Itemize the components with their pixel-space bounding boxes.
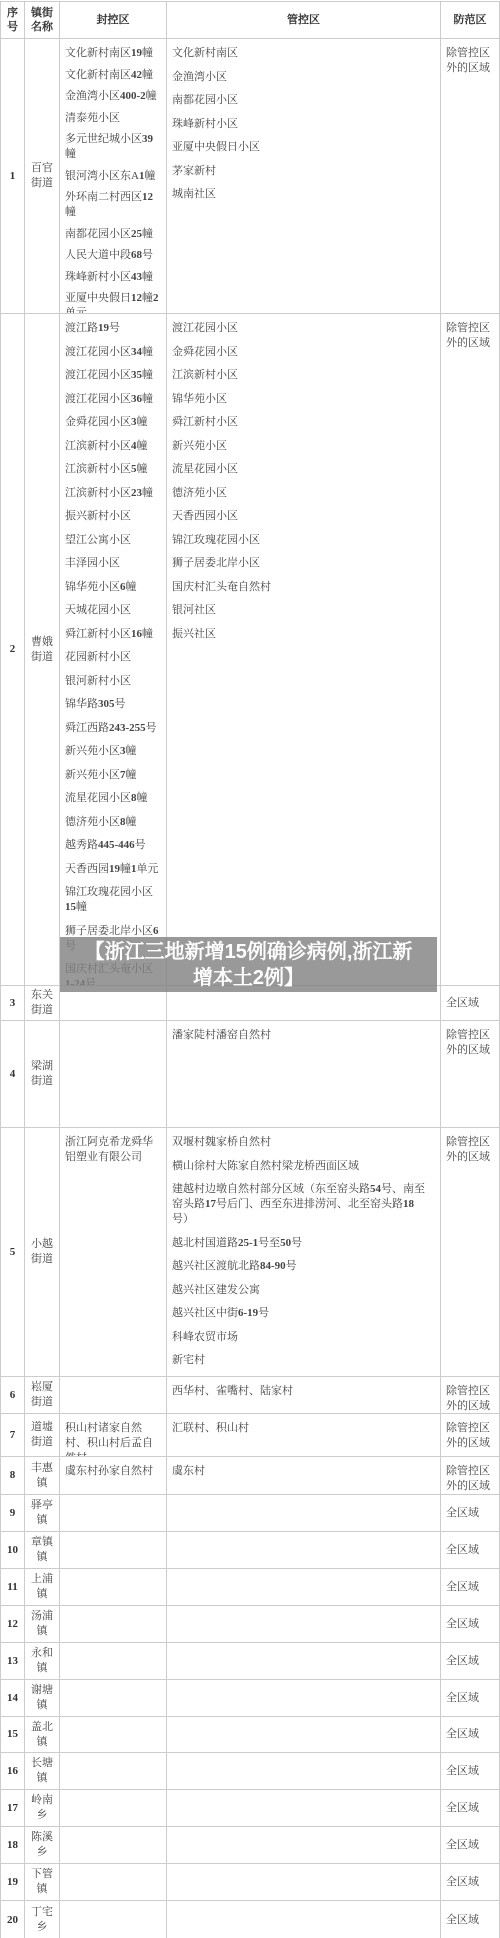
table-row-7: 7道墟街道积山村诸家自然村、积山村后孟自然村汇联村、积山村除管控区外的区域 [1, 1414, 499, 1457]
control-zone-cell [167, 1532, 441, 1568]
serial-number: 17 [1, 1790, 25, 1826]
prevention-zone-cell: 全区域 [441, 1717, 499, 1752]
zone-item: 南都花园小区25幢 [65, 227, 161, 242]
zone-item: 锦华路305号 [65, 697, 161, 712]
control-zone-cell: 渡江花园小区金舜花园小区江滨新村小区锦华苑小区舜江新村小区新兴苑小区流星花园小区… [167, 314, 441, 985]
serial-number: 8 [1, 1457, 25, 1494]
zone-item: 汇联村、积山村 [172, 1421, 435, 1436]
header-control-zone: 管控区 [167, 2, 441, 38]
zone-item: 锦江玫瑰花园小区 [172, 533, 435, 548]
prevention-zone-cell: 除管控区外的区域 [441, 1021, 499, 1127]
headline-line-1: 【浙江三地新增15例确诊病例,浙江新 [60, 939, 437, 965]
header-town-name: 镇街名称 [25, 2, 60, 38]
zone-item: 珠峰新村小区 [172, 117, 435, 132]
zone-item: 茅家新村 [172, 164, 435, 179]
zone-item: 国庆村汇头奄自然村 [172, 580, 435, 595]
serial-number: 2 [1, 314, 25, 985]
town-name: 汤浦镇 [25, 1606, 60, 1642]
zone-item: 振兴新村小区 [65, 509, 161, 524]
lockdown-zone-cell [60, 1680, 167, 1716]
control-zone-cell [167, 1901, 441, 1938]
zone-item: 文化新村南区 [172, 46, 435, 61]
zone-item: 银河新村小区 [65, 674, 161, 689]
table-row-18: 18陈溪乡全区域 [1, 1827, 499, 1864]
zone-item: 外环南二村西区12幢 [65, 190, 161, 220]
zone-item: 虞东村孙家自然村 [65, 1464, 161, 1479]
zone-item: 金舜花园小区3幢 [65, 415, 161, 430]
zone-item: 渡江花园小区 [172, 321, 435, 336]
zone-item: 德济苑小区8幢 [65, 815, 161, 830]
article-table-page: 序号 镇街名称 封控区 管控区 防范区 1百官街道文化新村南区19幢文化新村南区… [0, 0, 500, 1938]
zone-item: 江滨新村小区5幢 [65, 462, 161, 477]
zone-item: 天城花园小区 [65, 603, 161, 618]
prevention-zone-cell: 全区域 [441, 1532, 499, 1568]
serial-number: 4 [1, 1021, 25, 1127]
lockdown-zone-cell [60, 1753, 167, 1789]
zone-item: 珠峰新村小区43幢 [65, 270, 161, 285]
prevention-zone-cell: 全区域 [441, 1680, 499, 1716]
control-zone-cell [167, 1606, 441, 1642]
table-header-row: 序号 镇街名称 封控区 管控区 防范区 [1, 2, 499, 39]
serial-number: 15 [1, 1717, 25, 1752]
zone-item: 渡江花园小区34幢 [65, 345, 161, 360]
prevention-zone-cell: 除管控区外的区域 [441, 39, 499, 313]
zone-item: 振兴社区 [172, 627, 435, 642]
headline-line-2: 增本土2例】 [60, 965, 437, 991]
zone-item: 丰泽园小区 [65, 556, 161, 571]
control-zone-cell [167, 1569, 441, 1605]
zone-item: 金渔湾小区400-2幢 [65, 89, 161, 104]
headline-overlay: 【浙江三地新增15例确诊病例,浙江新 增本土2例】 [60, 937, 437, 992]
town-name: 上浦镇 [25, 1569, 60, 1605]
zone-item: 渡江花园小区36幢 [65, 392, 161, 407]
control-zone-cell [167, 1827, 441, 1863]
control-zone-cell [167, 1864, 441, 1900]
zone-item: 虞东村 [172, 1464, 435, 1479]
town-name: 驿亭镇 [25, 1495, 60, 1531]
zone-item: 舜江新村小区 [172, 415, 435, 430]
control-zone-cell: 汇联村、积山村 [167, 1414, 441, 1456]
town-name: 道墟街道 [25, 1414, 60, 1456]
town-name: 丁宅乡 [25, 1901, 60, 1938]
zone-item: 银河湾小区东A1幢 [65, 169, 161, 184]
control-zone-cell [167, 1495, 441, 1531]
serial-number: 5 [1, 1128, 25, 1376]
zone-item: 南都花园小区 [172, 93, 435, 108]
lockdown-zone-cell [60, 1569, 167, 1605]
zone-item: 文化新村南区19幢 [65, 46, 161, 61]
table-row-11: 11上浦镇全区域 [1, 1569, 499, 1606]
serial-number: 13 [1, 1643, 25, 1679]
zone-item: 江滨新村小区23幢 [65, 486, 161, 501]
table-row-15: 15盖北镇全区域 [1, 1717, 499, 1753]
table-row-5: 5小越街道浙江阿克希龙舜华铝塑业有限公司双堰村魏家桥自然村横山徐村大陈家自然村梁… [1, 1128, 499, 1377]
zone-item: 江滨新村小区4幢 [65, 439, 161, 454]
control-zone-cell: 西华村、雀嘴村、陆家村 [167, 1377, 441, 1413]
serial-number: 9 [1, 1495, 25, 1531]
control-zone-cell [167, 1790, 441, 1826]
control-zone-cell: 双堰村魏家桥自然村横山徐村大陈家自然村梁龙桥西面区域建越村边墩自然村部分区域（东… [167, 1128, 441, 1376]
zone-item: 锦江玫瑰花园小区15幢 [65, 885, 161, 915]
lockdown-zone-cell: 浙江阿克希龙舜华铝塑业有限公司 [60, 1128, 167, 1376]
lockdown-zone-cell: 渡江路19号渡江花园小区34幢渡江花园小区35幢渡江花园小区36幢金舜花园小区3… [60, 314, 167, 985]
prevention-zone-cell: 全区域 [441, 1864, 499, 1900]
table-row-17: 17岭南乡全区域 [1, 1790, 499, 1827]
lockdown-zone-cell: 虞东村孙家自然村 [60, 1457, 167, 1494]
town-name: 下管镇 [25, 1864, 60, 1900]
lockdown-zone-cell [60, 1827, 167, 1863]
zone-item: 银河社区 [172, 603, 435, 618]
prevention-zone-cell: 全区域 [441, 1606, 499, 1642]
zone-item: 越秀路445-446号 [65, 838, 161, 853]
table-row-13: 13永和镇全区域 [1, 1643, 499, 1680]
town-name: 百官街道 [25, 39, 60, 313]
zone-item: 科峰农贸市场 [172, 1330, 435, 1345]
zone-item: 潘家陡村潘窑自然村 [172, 1028, 435, 1043]
zone-item: 新兴苑小区3幢 [65, 744, 161, 759]
header-prevention-zone: 防范区 [441, 2, 499, 38]
town-name: 永和镇 [25, 1643, 60, 1679]
zone-item: 锦华苑小区6幢 [65, 580, 161, 595]
table-row-19: 19下管镇全区域 [1, 1864, 499, 1901]
table-row-20: 20丁宅乡全区域 [1, 1901, 499, 1938]
lockdown-zone-cell [60, 1606, 167, 1642]
prevention-zone-cell: 除管控区外的区域 [441, 1128, 499, 1376]
prevention-zone-cell: 全区域 [441, 1901, 499, 1938]
zone-item: 舜江新村小区16幢 [65, 627, 161, 642]
town-name: 梁湖街道 [25, 1021, 60, 1127]
zone-item: 城南社区 [172, 187, 435, 202]
serial-number: 11 [1, 1569, 25, 1605]
table-row-4: 4梁湖街道潘家陡村潘窑自然村除管控区外的区域 [1, 1021, 499, 1128]
town-name: 丰惠镇 [25, 1457, 60, 1494]
prevention-zone-cell: 全区域 [441, 1495, 499, 1531]
town-name: 谢塘镇 [25, 1680, 60, 1716]
zone-item: 望江公寓小区 [65, 533, 161, 548]
zone-item: 双堰村魏家桥自然村 [172, 1135, 435, 1150]
serial-number: 20 [1, 1901, 25, 1938]
lockdown-zone-cell [60, 1717, 167, 1752]
lockdown-zone-cell [60, 1532, 167, 1568]
control-zone-cell: 虞东村 [167, 1457, 441, 1494]
town-name: 长塘镇 [25, 1753, 60, 1789]
zone-item: 渡江路19号 [65, 321, 161, 336]
lockdown-zone-cell [60, 1864, 167, 1900]
prevention-zone-cell: 全区域 [441, 1827, 499, 1863]
zone-item: 流星花园小区 [172, 462, 435, 477]
table-row-14: 14谢塘镇全区域 [1, 1680, 499, 1717]
zone-item: 越兴社区渡航北路84-90号 [172, 1259, 435, 1274]
zone-item: 花园新村小区 [65, 650, 161, 665]
serial-number: 6 [1, 1377, 25, 1413]
zone-item: 新兴苑小区7幢 [65, 768, 161, 783]
zone-item: 新兴苑小区 [172, 439, 435, 454]
zone-item: 渡江花园小区35幢 [65, 368, 161, 383]
zone-item: 天香西园小区 [172, 509, 435, 524]
serial-number: 16 [1, 1753, 25, 1789]
town-name: 崧厦街道 [25, 1377, 60, 1413]
zone-item: 德济苑小区 [172, 486, 435, 501]
table-row-12: 12汤浦镇全区域 [1, 1606, 499, 1643]
prevention-zone-cell: 全区域 [441, 1790, 499, 1826]
lockdown-zone-cell [60, 1021, 167, 1127]
zone-item: 天香西园19幢1单元 [65, 862, 161, 877]
zone-item: 越兴社区中街6-19号 [172, 1306, 435, 1321]
prevention-zone-cell: 全区域 [441, 1753, 499, 1789]
lockdown-zone-cell [60, 1643, 167, 1679]
town-name: 岭南乡 [25, 1790, 60, 1826]
prevention-zone-cell: 全区域 [441, 986, 499, 1020]
serial-number: 3 [1, 986, 25, 1020]
zone-item: 狮子居委北岸小区 [172, 556, 435, 571]
table-row-6: 6崧厦街道西华村、雀嘴村、陆家村除管控区外的区域 [1, 1377, 499, 1414]
zone-item: 浙江阿克希龙舜华铝塑业有限公司 [65, 1135, 161, 1165]
town-name: 小越街道 [25, 1128, 60, 1376]
zone-item: 锦华苑小区 [172, 392, 435, 407]
zone-item: 建越村边墩自然村部分区域（东至窑头路54号、南至窑头路17号后门、西至东进排涝河… [172, 1182, 435, 1227]
lockdown-zone-cell: 文化新村南区19幢文化新村南区42幢金渔湾小区400-2幢清泰苑小区多元世纪城小… [60, 39, 167, 313]
prevention-zone-cell: 除管控区外的区域 [441, 1457, 499, 1494]
prevention-zone-cell: 除管控区外的区域 [441, 1414, 499, 1456]
prevention-zone-cell: 除管控区外的区域 [441, 314, 499, 985]
lockdown-zone-cell [60, 1377, 167, 1413]
table-row-2: 2曹娥街道渡江路19号渡江花园小区34幢渡江花园小区35幢渡江花园小区36幢金舜… [1, 314, 499, 986]
control-zone-cell [167, 1643, 441, 1679]
serial-number: 10 [1, 1532, 25, 1568]
zone-item: 多元世纪城小区39幢 [65, 132, 161, 162]
lockdown-zone-cell: 积山村诸家自然村、积山村后孟自然村 [60, 1414, 167, 1456]
serial-number: 12 [1, 1606, 25, 1642]
zone-item: 金舜花园小区 [172, 345, 435, 360]
zone-item: 亚厦中央假日小区 [172, 140, 435, 155]
serial-number: 19 [1, 1864, 25, 1900]
serial-number: 1 [1, 39, 25, 313]
table-row-1: 1百官街道文化新村南区19幢文化新村南区42幢金渔湾小区400-2幢清泰苑小区多… [1, 39, 499, 314]
zone-item: 越北村国道路25-1号至50号 [172, 1236, 435, 1251]
prevention-zone-cell: 全区域 [441, 1569, 499, 1605]
town-name: 陈溪乡 [25, 1827, 60, 1863]
serial-number: 7 [1, 1414, 25, 1456]
control-zone-cell [167, 1753, 441, 1789]
zone-item: 文化新村南区42幢 [65, 68, 161, 83]
zone-item: 江滨新村小区 [172, 368, 435, 383]
zone-item: 金渔湾小区 [172, 70, 435, 85]
zone-item: 西华村、雀嘴村、陆家村 [172, 1384, 435, 1399]
table-row-8: 8丰惠镇虞东村孙家自然村虞东村除管控区外的区域 [1, 1457, 499, 1495]
lockdown-zone-cell [60, 1790, 167, 1826]
prevention-zone-cell: 除管控区外的区域 [441, 1377, 499, 1413]
zone-item: 越兴社区建发公寓 [172, 1283, 435, 1298]
table-row-10: 10章镇镇全区域 [1, 1532, 499, 1569]
zone-item: 新宅村 [172, 1353, 435, 1368]
control-zone-cell [167, 1680, 441, 1716]
lockdown-zone-cell [60, 1495, 167, 1531]
town-name: 盖北镇 [25, 1717, 60, 1752]
zone-item: 舜江西路243-255号 [65, 721, 161, 736]
control-zone-cell: 文化新村南区金渔湾小区南都花园小区珠峰新村小区亚厦中央假日小区茅家新村城南社区 [167, 39, 441, 313]
table-row-16: 16长塘镇全区域 [1, 1753, 499, 1790]
control-zone-cell: 潘家陡村潘窑自然村 [167, 1021, 441, 1127]
town-name: 章镇镇 [25, 1532, 60, 1568]
prevention-zone-cell: 全区域 [441, 1643, 499, 1679]
zone-item: 亚厦中央假日12幢2单元 [65, 291, 161, 313]
control-zone-cell [167, 1717, 441, 1752]
town-name: 曹娥街道 [25, 314, 60, 985]
zone-item: 横山徐村大陈家自然村梁龙桥西面区域 [172, 1159, 435, 1174]
zone-item: 清泰苑小区 [65, 111, 161, 126]
header-lockdown-zone: 封控区 [60, 2, 167, 38]
header-serial: 序号 [1, 2, 25, 38]
serial-number: 14 [1, 1680, 25, 1716]
lockdown-zone-cell [60, 1901, 167, 1938]
table-row-9: 9驿亭镇全区域 [1, 1495, 499, 1532]
zone-item: 人民大道中段68号 [65, 248, 161, 263]
serial-number: 18 [1, 1827, 25, 1863]
zone-item: 积山村诸家自然村、积山村后孟自然村 [65, 1421, 161, 1456]
zone-item: 流星花园小区8幢 [65, 791, 161, 806]
town-name: 东关街道 [25, 986, 60, 1020]
